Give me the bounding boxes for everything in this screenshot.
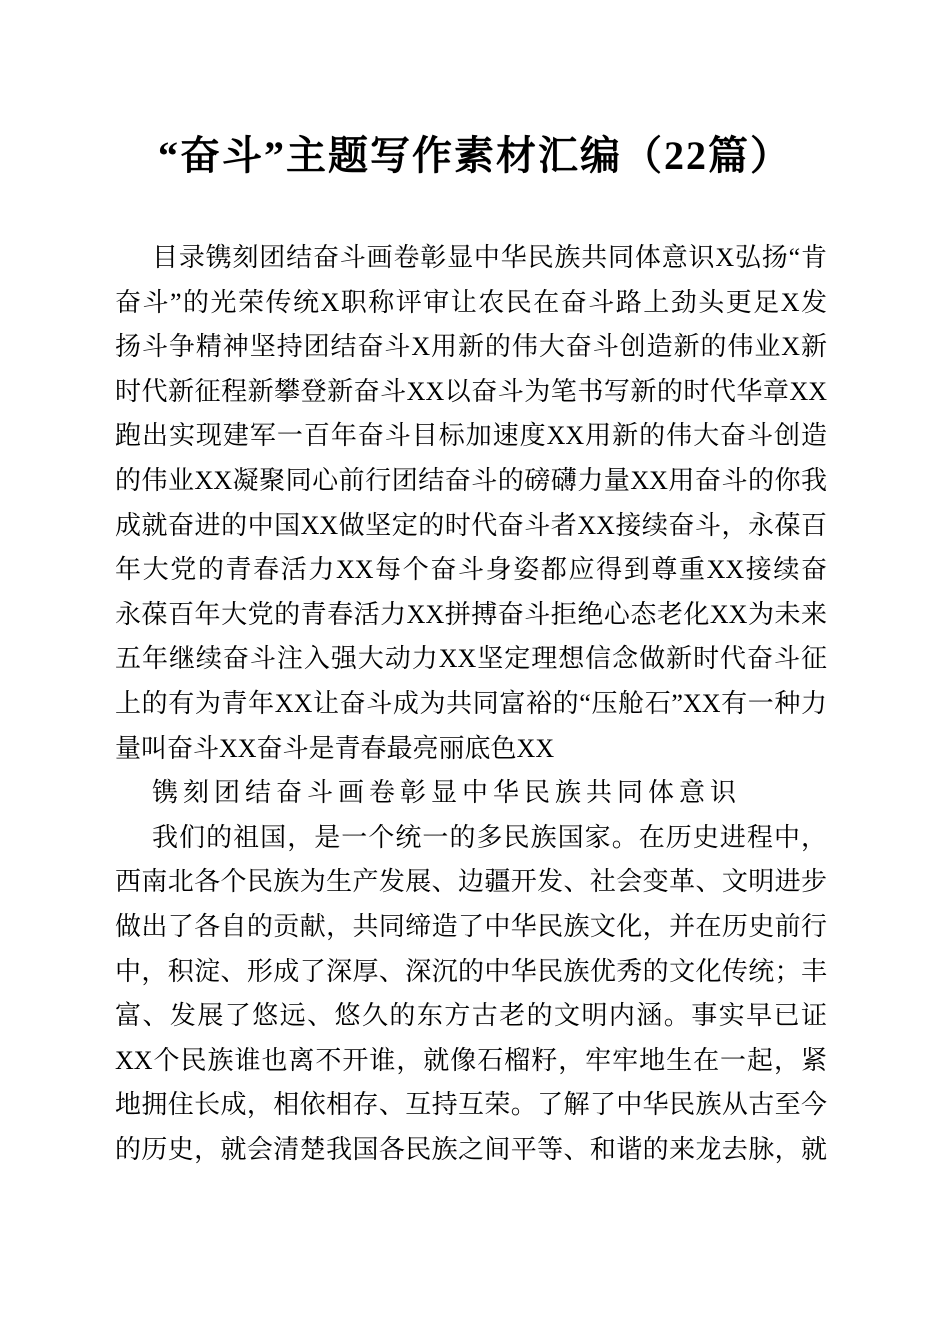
text-line: 目录镌刻团结奋斗画卷彰显中华民族共同体意识X弘扬“肯 [115,236,827,281]
text-line: 量叫奋斗XX奋斗是青春最亮丽底色XX [115,727,827,772]
paragraph: 我们的祖国，是一个统一的多民族国家。在历史进程中，东西南北各个民族为生产发展、边… [115,816,827,1173]
text-line: XX个民族谁也离不开谁，就像石榴籽，牢牢地生在一起，紧紧 [115,1039,827,1084]
document-page: “奋斗”主题写作素材汇编（22篇） 目录镌刻团结奋斗画卷彰显中华民族共同体意识X… [0,0,950,1344]
text-line: 地拥住长成，相依相存、互持互荣。了解了中华民族从古至今 [115,1083,827,1128]
section-heading: 镌刻团结奋斗画卷彰显中华民族共同体意识 [115,771,827,816]
text-line: 时代新征程新攀登新奋斗XX以奋斗为笔书写新的时代华章XX [115,370,827,415]
text-line: 做出了各自的贡献，共同缔造了中华民族文化，并在历史前行 [115,905,827,950]
text-line: 上的有为青年XX让奋斗成为共同富裕的“压舱石”XX有一种力 [115,682,827,727]
text-line: 中，积淀、形成了深厚、深沉的中华民族优秀的文化传统；丰 [115,950,827,995]
text-line: 的历史，就会清楚我国各民族之间平等、和谐的来龙去脉，就 [115,1128,827,1173]
text-line: 的伟业XX凝聚同心前行团结奋斗的磅礴力量XX用奋斗的你我 [115,459,827,504]
text-line: 跑出实现建军一百年奋斗目标加速度XX用新的伟大奋斗创造新 [115,414,827,459]
document-title: “奋斗”主题写作素材汇编（22篇） [0,0,950,180]
text-line: 年大党的青春活力XX每个奋斗身姿都应得到尊重XX接续奋斗， [115,548,827,593]
text-line: 西南北各个民族为生产发展、边疆开发、社会变革、文明进步 [115,860,827,905]
text-line: 五年继续奋斗注入强大动力XX坚定理想信念做新时代奋斗征程 [115,637,827,682]
text-line: 奋斗”的光荣传统X职称评审让农民在奋斗路上劲头更足X发 [115,281,827,326]
text-line: 扬斗争精神坚持团结奋斗X用新的伟大奋斗创造新的伟业X新 [115,325,827,370]
text-line: 我们的祖国，是一个统一的多民族国家。在历史进程中，东 [115,816,827,861]
text-line: 镌刻团结奋斗画卷彰显中华民族共同体意识 [115,771,827,816]
paragraph: 目录镌刻团结奋斗画卷彰显中华民族共同体意识X弘扬“肯奋斗”的光荣传统X职称评审让… [115,236,827,771]
text-line: 永葆百年大党的青春活力XX拼搏奋斗拒绝心态老化XX为未来 [115,593,827,638]
document-body: 目录镌刻团结奋斗画卷彰显中华民族共同体意识X弘扬“肯奋斗”的光荣传统X职称评审让… [115,236,827,1172]
text-line: 成就奋进的中国XX做坚定的时代奋斗者XX接续奋斗，永葆百 [115,504,827,549]
text-line: 富、发展了悠远、悠久的东方古老的文明内涵。事实早已证明， [115,994,827,1039]
